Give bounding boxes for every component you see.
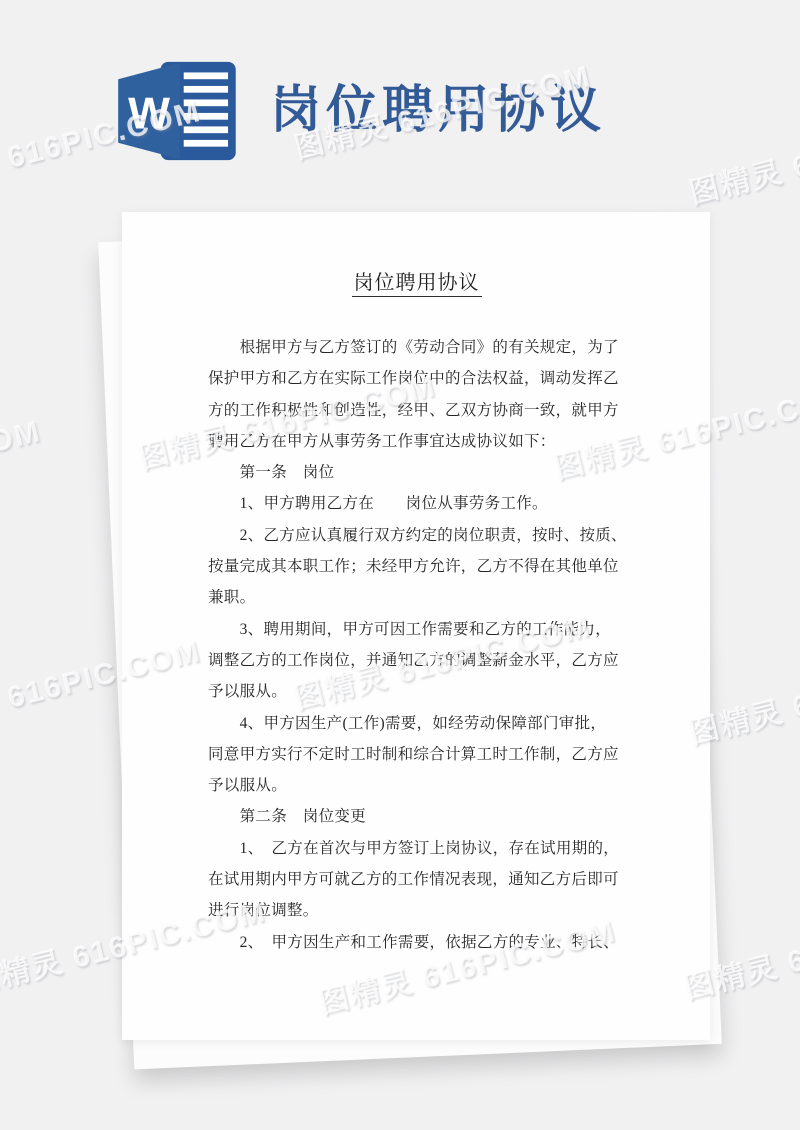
page-title: 岗位聘用协议: [270, 86, 606, 137]
document-title-text: 岗位聘用协议: [352, 272, 482, 297]
doc-line: 1、 乙方在首次与甲方签订上岗协议，存在试用期的，: [208, 833, 625, 864]
doc-line: 予以服从。: [208, 770, 625, 801]
doc-line: 2、乙方应认真履行双方约定的岗位职责，按时、按质、: [208, 520, 625, 551]
doc-line: 第一条 岗位: [208, 457, 625, 488]
doc-line: 3、聘用期间，甲方可因工作需要和乙方的工作能力，: [208, 614, 625, 645]
page-background: W 岗位聘用协议 岗位聘用协议 根据甲方与乙方签订的《劳动合同》的有关规定，为了…: [0, 0, 800, 1130]
watermark: 图精灵 616PIC.COM: [0, 415, 45, 522]
document-body: 根据甲方与乙方签订的《劳动合同》的有关规定，为了 保护甲方和乙方在实际工作岗位中…: [208, 332, 625, 958]
doc-line: 1、甲方聘用乙方在 岗位从事劳务工作。: [208, 488, 625, 519]
watermark: 图精灵 616PIC.COM: [686, 105, 800, 212]
svg-text:W: W: [128, 89, 170, 138]
doc-line: 进行岗位调整。: [208, 895, 625, 926]
doc-line: 聘用乙方在甲方从事劳务工作事宜达成协议如下：: [208, 426, 625, 457]
doc-line: 保护甲方和乙方在实际工作岗位中的合法权益，调动发挥乙: [208, 363, 625, 394]
doc-line: 根据甲方与乙方签订的《劳动合同》的有关规定，为了: [208, 332, 625, 363]
document-title: 岗位聘用协议: [208, 266, 625, 295]
doc-line: 在试用期内甲方可就乙方的工作情况表现，通知乙方后即可: [208, 864, 625, 895]
doc-line: 4、甲方因生产(工作)需要，如经劳动保障部门审批，: [208, 708, 625, 739]
doc-line: 调整乙方的工作岗位，并通知乙方的调整薪金水平，乙方应: [208, 645, 625, 676]
ms-word-icon: W: [112, 58, 240, 164]
doc-line: 予以服从。: [208, 676, 625, 707]
doc-line: 2、 甲方因生产和工作需要，依据乙方的专业、特长、: [208, 927, 625, 958]
doc-line: 按量完成其本职工作；未经甲方允许，乙方不得在其他单位: [208, 551, 625, 582]
document-page: 岗位聘用协议 根据甲方与乙方签订的《劳动合同》的有关规定，为了 保护甲方和乙方在…: [122, 212, 710, 1040]
doc-line: 兼职。: [208, 582, 625, 613]
header: W 岗位聘用协议: [112, 58, 606, 164]
doc-line: 方的工作积极性和创造性，经甲、乙双方协商一致，就甲方: [208, 395, 625, 426]
doc-line: 同意甲方实行不定时工时制和综合计算工时工作制，乙方应: [208, 739, 625, 770]
doc-line: 第二条 岗位变更: [208, 801, 625, 832]
